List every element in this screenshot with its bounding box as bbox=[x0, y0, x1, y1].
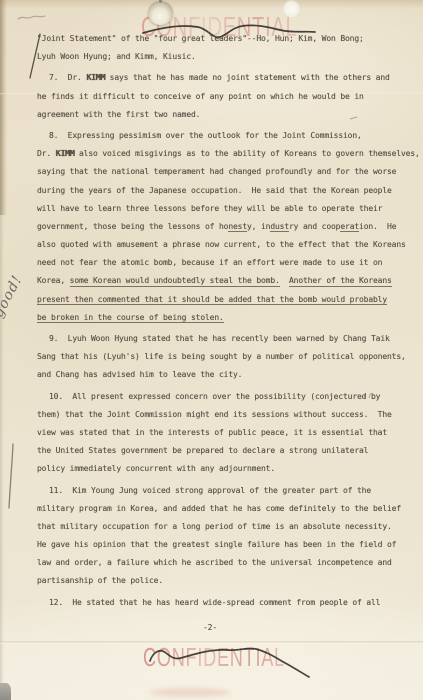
typed-text: military program in Korea, and added tha… bbox=[37, 504, 401, 513]
typed-text: will have to learn three lessons before … bbox=[37, 204, 382, 213]
pencil-squiggle bbox=[18, 16, 45, 19]
typed-text: government, those being the lessons of h… bbox=[37, 222, 228, 231]
typed-text: 12. He stated that he has heard wide-spr… bbox=[49, 598, 380, 607]
document-line: "Joint Statement" of the "four great lea… bbox=[37, 30, 421, 48]
document-line: 9. Lyuh Woon Hyung stated that he has re… bbox=[37, 330, 421, 348]
typed-text: 7. Dr. bbox=[49, 73, 86, 82]
document-line: law and order, a failure which he ascrib… bbox=[37, 554, 421, 572]
confidential-stamp-bottom: CONFIDENTIAL bbox=[143, 642, 285, 673]
document-line: military program in Korea, and added tha… bbox=[37, 500, 421, 518]
typed-text: partisanship of the police. bbox=[37, 576, 163, 585]
document-line: government, those being the lessons of h… bbox=[37, 218, 421, 236]
typed-text: He gave his opinion that the greatest si… bbox=[37, 540, 396, 549]
document-line: during the years of the Japanese occupat… bbox=[37, 182, 421, 200]
typed-text bbox=[280, 276, 289, 285]
page-number: -2- bbox=[203, 623, 217, 632]
document-line: need not fear the atomic bomb, because i… bbox=[37, 254, 421, 272]
typed-text: also voiced misgivings as to the ability… bbox=[74, 149, 419, 158]
typed-text: also quoted with amusement a phrase now … bbox=[37, 240, 406, 249]
typed-text: and Chang has advised him to leave the c… bbox=[37, 370, 242, 379]
typed-text: agreement with the first two named. bbox=[37, 110, 200, 119]
document-line: Korea, some Korean would undoubtedly ste… bbox=[37, 272, 421, 290]
document-line: Dr. KIMM also voiced misgivings as to th… bbox=[37, 145, 421, 163]
underlined-text: be broken in the course of being stolen. bbox=[37, 313, 224, 324]
typed-text: the United States government be prepared… bbox=[37, 446, 368, 455]
document-line: agreement with the first two named. bbox=[37, 106, 421, 124]
paper-edge-shadow bbox=[0, 0, 4, 700]
document-line: present then commented that it should be… bbox=[37, 291, 421, 309]
document-line: and Chang has advised him to leave the c… bbox=[37, 366, 421, 384]
typed-text: view was stated that in the interests of… bbox=[37, 428, 387, 437]
document-line: Lyuh Woon Hyung; and Kimm, Kiusic. bbox=[37, 48, 421, 66]
document-line: 10. All present expressed concern over t… bbox=[37, 388, 421, 406]
document-line: saying that the national temperament had… bbox=[37, 163, 421, 181]
document-line: the United States government be prepared… bbox=[37, 442, 421, 460]
typed-text: policy immediately concurrent with any a… bbox=[37, 464, 275, 473]
document-line: will have to learn three lessons before … bbox=[37, 200, 421, 218]
document-text-block: "Joint Statement" of the "four great lea… bbox=[37, 30, 421, 612]
scanned-document-page: CONFIDENTIAL CONFIDENTIAL good! "Joint S… bbox=[0, 0, 423, 700]
document-line: view was stated that in the interests of… bbox=[37, 424, 421, 442]
typed-text: law and order, a failure which he ascrib… bbox=[37, 558, 392, 567]
typed-text: 11. Kim Young Jung voiced strong approva… bbox=[49, 486, 371, 495]
typed-text: Korea, bbox=[37, 276, 70, 285]
typed-text: that military occupation for a long peri… bbox=[37, 522, 392, 531]
document-line: partisanship of the police. bbox=[37, 572, 421, 590]
document-line: Sang that his (Lyuh's) life is being sou… bbox=[37, 348, 421, 366]
document-line: that military occupation for a long peri… bbox=[37, 518, 421, 536]
underlined-text: nest bbox=[228, 222, 247, 233]
typed-text: during the years of the Japanese occupat… bbox=[37, 186, 392, 195]
typed-text: ion. He bbox=[359, 222, 396, 231]
typed-text: need not fear the atomic bomb, because i… bbox=[37, 258, 382, 267]
stamp-ink-smudge bbox=[150, 688, 230, 697]
typed-text: Lyuh Woon Hyung; and Kimm, Kiusic. bbox=[37, 52, 196, 61]
typed-text: ry and coop bbox=[289, 222, 340, 231]
document-line: also quoted with amusement a phrase now … bbox=[37, 236, 421, 254]
typed-text: y, in bbox=[247, 222, 270, 231]
underlined-text: erat bbox=[340, 222, 359, 233]
document-line: 7. Dr. KIMM says that he has made no joi… bbox=[37, 69, 421, 87]
typed-text: he finds it difficult to conceive of any… bbox=[37, 92, 364, 101]
underlined-text: some Korean would undoubtedly steal the … bbox=[70, 276, 280, 287]
typed-text: "Joint Statement" of the "four great lea… bbox=[37, 34, 364, 43]
typed-text: Dr. bbox=[37, 149, 56, 158]
punch-hole-icon bbox=[283, 0, 300, 17]
document-line: 8. Expressing pessimism over the outlook… bbox=[37, 127, 421, 145]
document-line: he finds it difficult to conceive of any… bbox=[37, 88, 421, 106]
typed-text: them) that the Joint Commission might en… bbox=[37, 410, 392, 419]
margin-vertical-line bbox=[9, 444, 13, 508]
underlined-text: dust bbox=[270, 222, 289, 233]
typed-text: 10. All present expressed concern over t… bbox=[49, 392, 380, 401]
typed-text: KIMM bbox=[86, 73, 105, 82]
document-line: He gave his opinion that the greatest si… bbox=[37, 536, 421, 554]
document-line: policy immediately concurrent with any a… bbox=[37, 460, 421, 478]
scan-corner-artifact bbox=[0, 683, 11, 700]
typed-text: saying that the national temperament had… bbox=[37, 167, 396, 176]
typed-text: says that he has made no joint statement… bbox=[105, 73, 390, 82]
underlined-text: present then commented that it should be… bbox=[37, 295, 387, 306]
typed-text: 9. Lyuh Woon Hyung stated that he has re… bbox=[49, 334, 390, 343]
document-line: be broken in the course of being stolen. bbox=[37, 309, 421, 327]
document-line: them) that the Joint Commission might en… bbox=[37, 406, 421, 424]
typed-text: 8. Expressing pessimism over the outlook… bbox=[49, 131, 362, 140]
punch-hole-icon bbox=[148, 1, 173, 25]
typed-text: Sang that his (Lyuh's) life is being sou… bbox=[37, 352, 406, 361]
underlined-text: Another of the Koreans bbox=[289, 276, 392, 287]
typed-text: KIMM bbox=[56, 149, 75, 158]
document-line: 12. He stated that he has heard wide-spr… bbox=[37, 594, 421, 612]
document-line: 11. Kim Young Jung voiced strong approva… bbox=[37, 482, 421, 500]
